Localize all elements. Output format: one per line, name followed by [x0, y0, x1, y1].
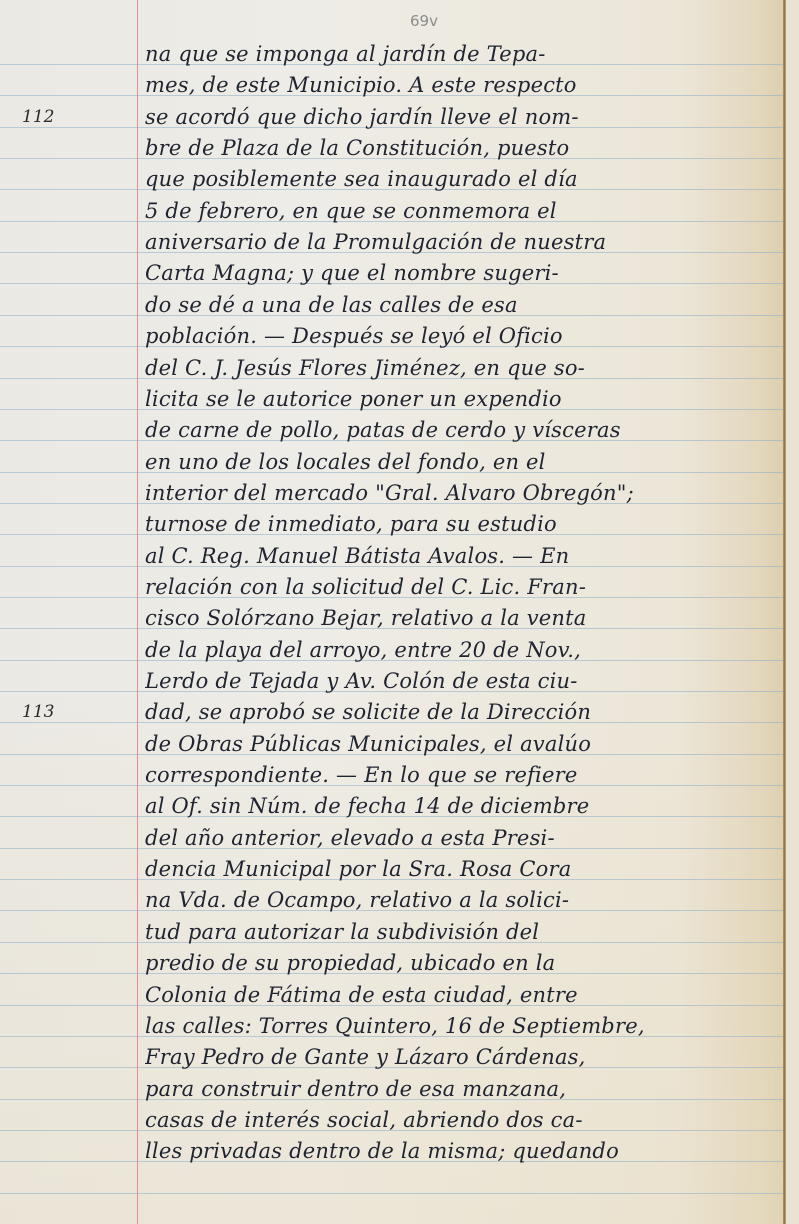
folio-number: 69v [410, 12, 438, 30]
adjacent-page-strip [786, 0, 799, 1224]
text-line: licita se le autorice poner un expendio [145, 387, 785, 411]
text-line: al Of. sin Núm. de fecha 14 de diciembre [145, 794, 785, 818]
text-line: casas de interés social, abriendo dos ca… [145, 1108, 785, 1132]
text-line: dad, se aprobó se solicite de la Direcci… [145, 700, 785, 724]
text-line: que posiblemente sea inaugurado el día [145, 167, 785, 191]
text-line: al C. Reg. Manuel Bátista Avalos. — En [145, 544, 785, 568]
text-line: del año anterior, elevado a esta Presi- [145, 826, 785, 850]
text-line: de Obras Públicas Municipales, el avalúo [145, 732, 785, 756]
text-line: lles privadas dentro de la misma; quedan… [145, 1139, 785, 1163]
text-line: de carne de pollo, patas de cerdo y vísc… [145, 418, 785, 442]
entry-number: 112 [22, 107, 54, 127]
rule-line [0, 1193, 785, 1194]
text-line: mes, de este Municipio. A este respecto [145, 73, 785, 97]
text-line: turnose de inmediato, para su estudio [145, 512, 785, 536]
entry-number: 113 [22, 702, 54, 722]
text-line: Carta Magna; y que el nombre sugeri- [145, 261, 785, 285]
text-line: tud para autorizar la subdivisión del [145, 920, 785, 944]
text-line: relación con la solicitud del C. Lic. Fr… [145, 575, 785, 599]
text-line: dencia Municipal por la Sra. Rosa Cora [145, 857, 785, 881]
text-line: Colonia de Fátima de esta ciudad, entre [145, 983, 785, 1007]
text-line: na que se imponga al jardín de Tepa- [145, 42, 785, 66]
text-line: do se dé a una de las calles de esa [145, 293, 785, 317]
text-line: Fray Pedro de Gante y Lázaro Cárdenas, [145, 1045, 785, 1069]
text-line: población. — Después se leyó el Oficio [145, 324, 785, 348]
text-line: 5 de febrero, en que se conmemora el [145, 199, 785, 223]
text-line: correspondiente. — En lo que se refiere [145, 763, 785, 787]
text-line: en uno de los locales del fondo, en el [145, 450, 785, 474]
text-line: predio de su propiedad, ubicado en la [145, 951, 785, 975]
text-line: Lerdo de Tejada y Av. Colón de esta ciu- [145, 669, 785, 693]
text-line: para construir dentro de esa manzana, [145, 1077, 785, 1101]
text-line: bre de Plaza de la Constitución, puesto [145, 136, 785, 160]
margin-line [137, 0, 138, 1224]
text-line: interior del mercado "Gral. Alvaro Obreg… [145, 481, 785, 505]
text-line: cisco Solórzano Bejar, relativo a la ven… [145, 606, 785, 630]
text-line: del C. J. Jesús Flores Jiménez, en que s… [145, 356, 785, 380]
text-line: aniversario de la Promulgación de nuestr… [145, 230, 785, 254]
text-line: las calles: Torres Quintero, 16 de Septi… [145, 1014, 785, 1038]
text-line: de la playa del arroyo, entre 20 de Nov.… [145, 638, 785, 662]
text-line: se acordó que dicho jardín lleve el nom- [145, 105, 785, 129]
ledger-page: 69v 112113 na que se imponga al jardín d… [0, 0, 799, 1224]
text-line: na Vda. de Ocampo, relativo a la solici- [145, 888, 785, 912]
